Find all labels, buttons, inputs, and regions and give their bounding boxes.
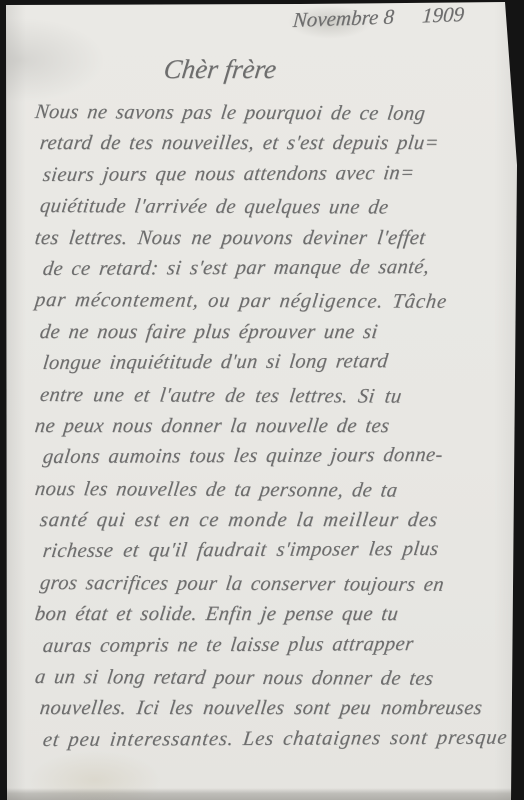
handwriting-line: et peu interessantes. Les chataignes son…: [41, 722, 514, 756]
handwriting-line: sieurs jours que nous attendons avec in=: [41, 157, 514, 191]
handwriting-line: Nous ne savons pas le pourquoi de ce lon…: [33, 97, 514, 130]
handwriting-line: galons aumoins tous les quinze jours don…: [41, 440, 514, 474]
handwriting-line: retard de tes nouveilles, et s'est depui…: [38, 128, 514, 159]
handwriting-line: tes lettres. Nous ne pouvons deviner l'e…: [33, 223, 514, 254]
handwriting-line: nous les nouvelles de ta personne, de ta: [33, 474, 514, 507]
handwriting-line: de ce retard: si s'est par manque de san…: [41, 251, 514, 285]
handwriting-line: richesse et qu'il faudrait s'imposer les…: [41, 534, 514, 568]
handwriting-line: auras compris ne te laisse plus attrappe…: [41, 628, 514, 662]
handwriting-line: de ne nous faire plus éprouver une si: [38, 317, 514, 348]
salutation: Chèr frère: [162, 54, 278, 85]
handwriting-line: ne peux nous donner la nouvelle de tes: [33, 411, 514, 442]
handwriting-line: a un si long retard pour nous donner de …: [33, 662, 514, 695]
handwriting-line: entre une et l'autre de tes lettres. Si …: [38, 380, 514, 413]
handwriting-line: longue inquiétitude d'un si long retard: [41, 346, 514, 380]
date-month-day: Novembre 8: [292, 4, 395, 33]
date-year: 1909: [421, 2, 465, 29]
handwriting-line: quiétitude l'arrivée de quelques une de: [38, 191, 514, 224]
handwriting-line: bon état et solide. Enfin je pense que t…: [33, 599, 514, 630]
handwriting-line: nouvelles. Ici les nouvelles sont peu no…: [38, 693, 514, 724]
handwriting-line: santé qui est en ce monde la meilleur de…: [38, 505, 514, 536]
scanned-letter: Novembre 8 1909 Chèr frère Nous ne savon…: [0, 0, 524, 800]
bottom-fold-shadow: [0, 788, 524, 800]
handwriting-line: par mécontement, ou par négligence. Tâch…: [33, 285, 514, 318]
letter-body: Nous ne savons pas le pourquoi de ce lon…: [33, 97, 510, 756]
handwriting-line: gros sacrifices pour la conserver toujou…: [38, 568, 514, 601]
